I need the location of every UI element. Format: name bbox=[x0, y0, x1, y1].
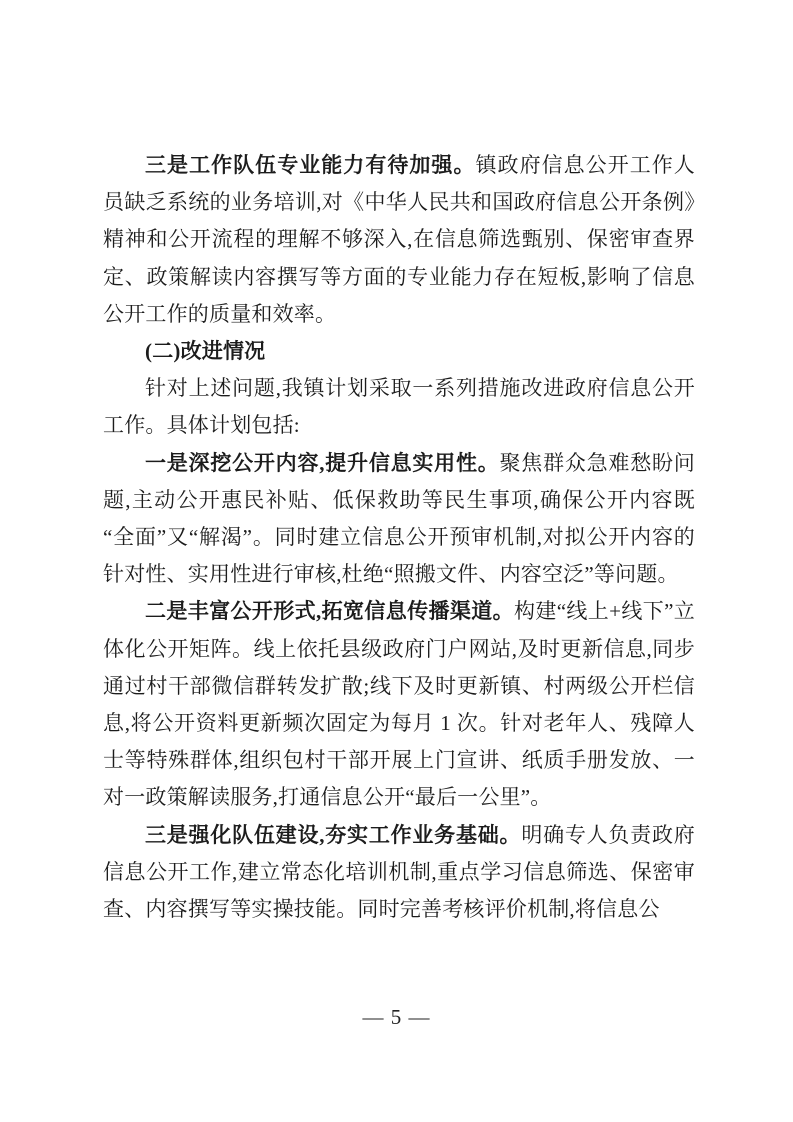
paragraph-measure-content: 一是深挖公开内容,提升信息实用性。聚焦群众急难愁盼问题,主动公开惠民补贴、低保救… bbox=[103, 445, 695, 594]
page-number: — 5 — bbox=[0, 1002, 793, 1032]
paragraph-lead: 二是丰富公开形式,拓宽信息传播渠道。 bbox=[145, 599, 514, 623]
document-page: 三是工作队伍专业能力有待加强。镇政府信息公开工作人员缺乏系统的业务培训,对《中华… bbox=[0, 0, 793, 1122]
paragraph-text: 构建“线上+线下”立体化公开矩阵。线上依托县级政府门户网站,及时更新信息,同步通… bbox=[103, 599, 695, 809]
paragraph-measure-channels: 二是丰富公开形式,拓宽信息传播渠道。构建“线上+线下”立体化公开矩阵。线上依托县… bbox=[103, 593, 695, 816]
paragraph-text: 针对上述问题,我镇计划采取一系列措施改进政府信息公开工作。具体计划包括: bbox=[103, 376, 695, 437]
document-body: 三是工作队伍专业能力有待加强。镇政府信息公开工作人员缺乏系统的业务培训,对《中华… bbox=[103, 147, 695, 928]
paragraph-lead: 一是深挖公开内容,提升信息实用性。 bbox=[145, 451, 500, 475]
paragraph-text: 镇政府信息公开工作人员缺乏系统的业务培训,对《中华人民共和国政府信息公开条例》精… bbox=[103, 153, 695, 326]
paragraph-lead: 三是强化队伍建设,夯实工作业务基础。 bbox=[145, 823, 521, 847]
paragraph-lead: 三是工作队伍专业能力有待加强。 bbox=[145, 153, 476, 177]
section-heading-improvement: (二)改进情况 bbox=[103, 333, 695, 370]
paragraph-workforce-issue: 三是工作队伍专业能力有待加强。镇政府信息公开工作人员缺乏系统的业务培训,对《中华… bbox=[103, 147, 695, 333]
paragraph-measure-team: 三是强化队伍建设,夯实工作业务基础。明确专人负责政府信息公开工作,建立常态化培训… bbox=[103, 817, 695, 929]
paragraph-plan-intro: 针对上述问题,我镇计划采取一系列措施改进政府信息公开工作。具体计划包括: bbox=[103, 370, 695, 444]
